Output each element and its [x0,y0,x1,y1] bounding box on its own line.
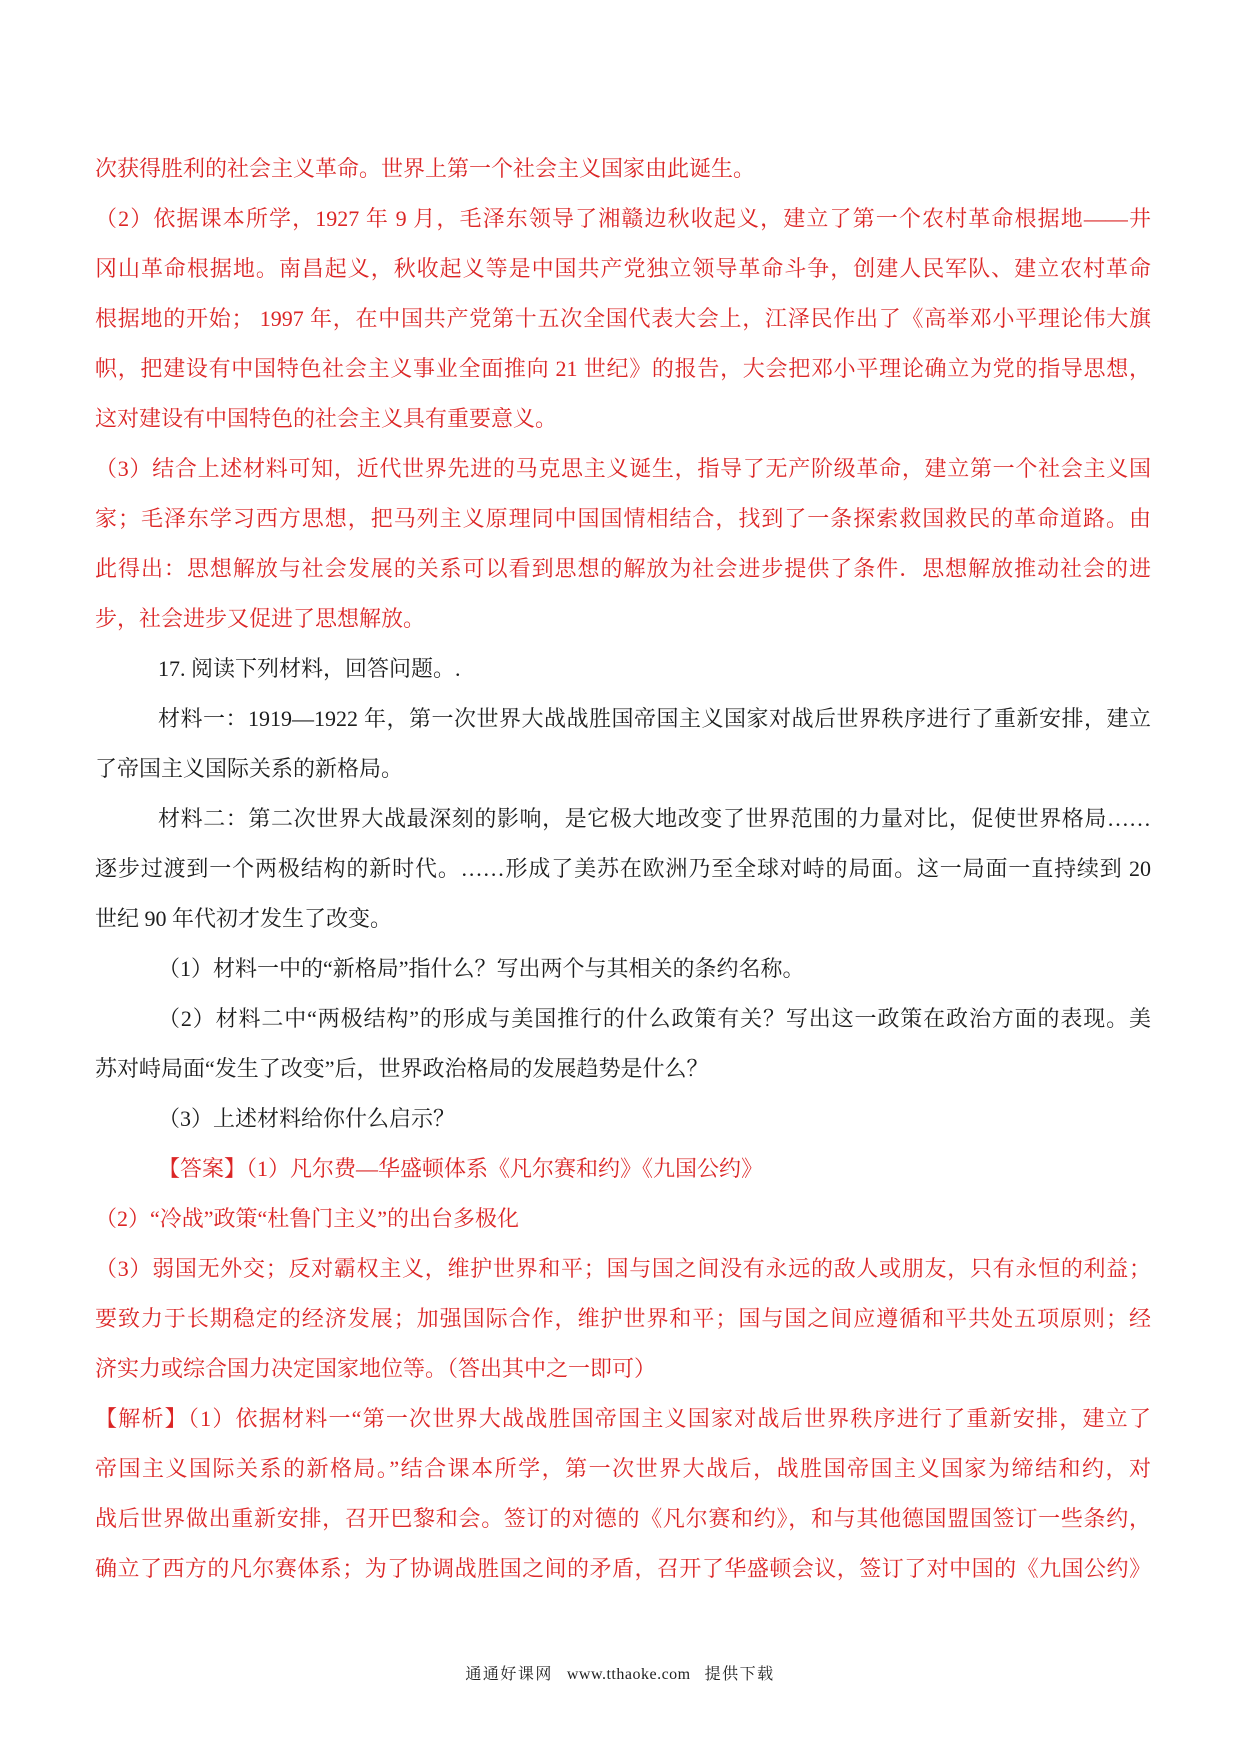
text-line: （1）材料一中的“新格局”指什么？写出两个与其相关的条约名称。 [95,944,1151,994]
text-line: 材料一：1919—1922 年，第一次世界大战战胜国帝国主义国家对战后世界秩序进… [95,694,1151,744]
text-line: 要致力于长期稳定的经济发展；加强国际合作，维护世界和平；国与国之间应遵循和平共处… [95,1294,1151,1344]
text-line: 苏对峙局面“发生了改变”后，世界政治格局的发展趋势是什么？ [95,1044,1151,1094]
text-line: 家；毛泽东学习西方思想，把马列主义原理同中国国情相结合，找到了一条探索救国救民的… [95,494,1151,544]
text-line: 确立了西方的凡尔赛体系；为了协调战胜国之间的矛盾，召开了华盛顿会议，签订了对中国… [95,1544,1151,1594]
document-body: 次获得胜利的社会主义革命。世界上第一个社会主义国家由此诞生。（2）依据课本所学，… [95,144,1151,1594]
text-line: 帝国主义国际关系的新格局。”结合课本所学，第一次世界大战后，战胜国帝国主义国家为… [95,1444,1151,1494]
footer-url: www.tthaoke.com [567,1666,691,1683]
text-line: 济实力或综合国力决定国家地位等。（答出其中之一即可） [95,1344,1151,1394]
text-line: （3）弱国无外交；反对霸权主义，维护世界和平；国与国之间没有永远的敌人或朋友，只… [95,1244,1151,1294]
text-line: （2）材料二中“两极结构”的形成与美国推行的什么政策有关？写出这一政策在政治方面… [95,994,1151,1044]
text-line: 此得出：思想解放与社会发展的关系可以看到思想的解放为社会进步提供了条件．思想解放… [95,544,1151,594]
text-line: 【解析】（1）依据材料一“第一次世界大战战胜国帝国主义国家对战后世界秩序进行了重… [95,1394,1151,1444]
text-line: 了帝国主义国际关系的新格局。 [95,744,1151,794]
text-line: 17. 阅读下列材料，回答问题。. [95,644,1151,694]
text-line: 世纪 90 年代初才发生了改变。 [95,894,1151,944]
document-page: 次获得胜利的社会主义革命。世界上第一个社会主义国家由此诞生。（2）依据课本所学，… [0,0,1240,1754]
text-line: 步，社会进步又促进了思想解放。 [95,594,1151,644]
text-line: 材料二：第二次世界大战最深刻的影响，是它极大地改变了世界范围的力量对比，促使世界… [95,794,1151,844]
text-line: 【答案】（1）凡尔费—华盛顿体系《凡尔赛和约》《九国公约》 [95,1144,1151,1194]
footer-download-label: 提供下载 [705,1666,775,1683]
page-footer: 通通好课网www.tthaoke.com提供下载 [0,1660,1240,1690]
text-line: 次获得胜利的社会主义革命。世界上第一个社会主义国家由此诞生。 [95,144,1151,194]
text-line: （2）依据课本所学，1927 年 9 月，毛泽东领导了湘赣边秋收起义，建立了第一… [95,194,1151,244]
text-line: 这对建设有中国特色的社会主义具有重要意义。 [95,394,1151,444]
text-line: 逐步过渡到一个两极结构的新时代。……形成了美苏在欧洲乃至全球对峙的局面。这一局面… [95,844,1151,894]
text-line: （3）上述材料给你什么启示？ [95,1094,1151,1144]
text-line: 根据地的开始； 1997 年，在中国共产党第十五次全国代表大会上，江泽民作出了《… [95,294,1151,344]
footer-site-name: 通通好课网 [465,1666,553,1683]
text-line: （3）结合上述材料可知，近代世界先进的马克思主义诞生，指导了无产阶级革命，建立第… [95,444,1151,494]
text-line: 冈山革命根据地。南昌起义，秋收起义等是中国共产党独立领导革命斗争，创建人民军队、… [95,244,1151,294]
text-line: 战后世界做出重新安排，召开巴黎和会。签订的对德的《凡尔赛和约》，和与其他德国盟国… [95,1494,1151,1544]
text-line: 帜，把建设有中国特色社会主义事业全面推向 21 世纪》的报告，大会把邓小平理论确… [95,344,1151,394]
text-line: （2）“冷战”政策“杜鲁门主义”的出台多极化 [95,1194,1151,1244]
